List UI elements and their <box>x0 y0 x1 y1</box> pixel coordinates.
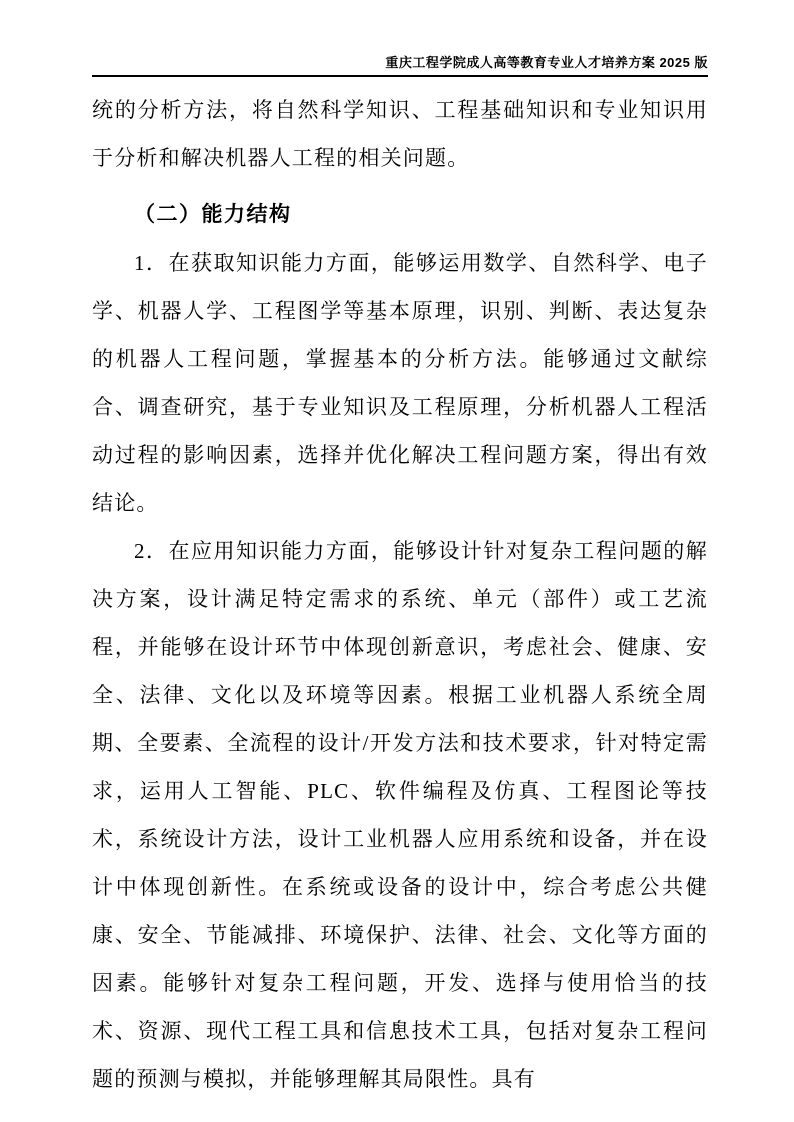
page-footer: 3 <box>0 1022 794 1038</box>
paragraph-item-1: 1．在获取知识能力方面，能够运用数学、自然科学、电子学、机器人学、工程图学等基本… <box>92 239 708 527</box>
document-page: 重庆工程学院成人高等教育专业人才培养方案 2025 版 统的分析方法，将自然科学… <box>0 0 794 1122</box>
paragraph-continuation: 统的分析方法，将自然科学知识、工程基础知识和专业知识用于分析和解决机器人工程的相… <box>92 86 708 182</box>
page-header: 重庆工程学院成人高等教育专业人才培养方案 2025 版 <box>92 0 708 77</box>
header-title: 重庆工程学院成人高等教育专业人才培养方案 2025 版 <box>92 0 708 75</box>
document-body: 统的分析方法，将自然科学知识、工程基础知识和专业知识用于分析和解决机器人工程的相… <box>92 86 708 1103</box>
section-heading-ability-structure: （二）能力结构 <box>92 191 708 239</box>
header-rule <box>92 75 708 77</box>
page-number: 3 <box>394 1022 401 1037</box>
paragraph-item-2: 2．在应用知识能力方面，能够设计针对复杂工程问题的解决方案，设计满足特定需求的系… <box>92 527 708 1103</box>
